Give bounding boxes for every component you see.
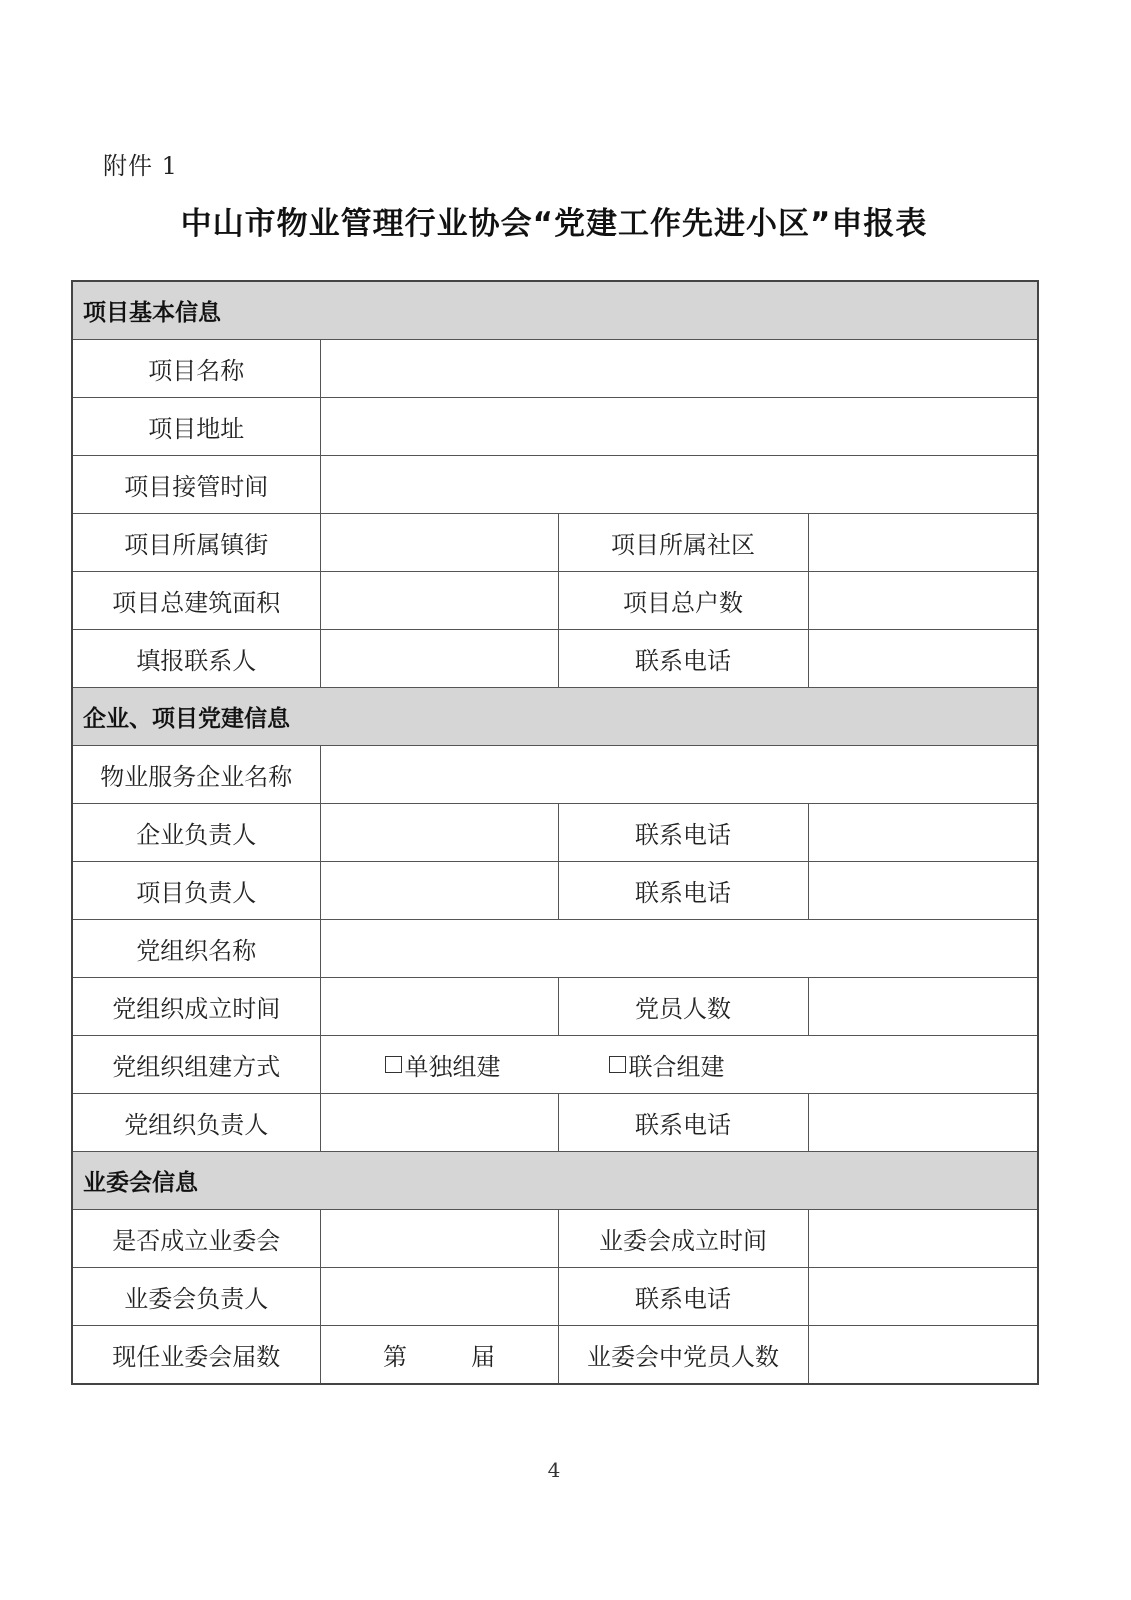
label-project-address: 项目地址 bbox=[72, 398, 320, 456]
field-committee-leader-phone[interactable] bbox=[808, 1268, 1038, 1326]
field-town-street[interactable] bbox=[320, 514, 558, 572]
table-row: 项目地址 bbox=[72, 398, 1038, 456]
form-title: 中山市物业管理行业协会“党建工作先进小区”申报表 bbox=[0, 198, 1108, 243]
label-town-street: 项目所属镇街 bbox=[72, 514, 320, 572]
checkbox-joint-build[interactable]: 联合组建 bbox=[609, 1047, 725, 1082]
term-suffix: 届 bbox=[471, 1337, 495, 1372]
label-project-leader: 项目负责人 bbox=[72, 862, 320, 920]
table-row: 现任业委会届数 第届 业委会中党员人数 bbox=[72, 1326, 1038, 1385]
section-basic-header: 项目基本信息 bbox=[72, 281, 1038, 340]
checkbox-single-build[interactable]: 单独组建 bbox=[385, 1047, 501, 1082]
table-row: 业委会负责人 联系电话 bbox=[72, 1268, 1038, 1326]
label-org-leader: 党组织负责人 bbox=[72, 1094, 320, 1152]
section-header-row: 业委会信息 bbox=[72, 1152, 1038, 1210]
field-project-leader-phone[interactable] bbox=[808, 862, 1038, 920]
field-committee-established[interactable] bbox=[320, 1210, 558, 1268]
section-header-row: 企业、项目党建信息 bbox=[72, 688, 1038, 746]
option-label: 联合组建 bbox=[629, 1047, 725, 1082]
field-committee-leader[interactable] bbox=[320, 1268, 558, 1326]
field-org-leader[interactable] bbox=[320, 1094, 558, 1152]
table-row: 党组织组建方式 单独组建 联合组建 bbox=[72, 1036, 1038, 1094]
field-org-leader-phone[interactable] bbox=[808, 1094, 1038, 1152]
field-org-name[interactable] bbox=[320, 920, 1038, 978]
field-committee-term[interactable]: 第届 bbox=[320, 1326, 558, 1385]
checkbox-icon[interactable] bbox=[385, 1056, 402, 1073]
term-prefix: 第 bbox=[383, 1337, 407, 1372]
section-committee-header: 业委会信息 bbox=[72, 1152, 1038, 1210]
field-company-leader[interactable] bbox=[320, 804, 558, 862]
label-org-founded: 党组织成立时间 bbox=[72, 978, 320, 1036]
label-community: 项目所属社区 bbox=[558, 514, 808, 572]
field-company-name[interactable] bbox=[320, 746, 1038, 804]
label-company-name: 物业服务企业名称 bbox=[72, 746, 320, 804]
field-company-leader-phone[interactable] bbox=[808, 804, 1038, 862]
label-total-households: 项目总户数 bbox=[558, 572, 808, 630]
table-row: 是否成立业委会 业委会成立时间 bbox=[72, 1210, 1038, 1268]
label-contact-phone: 联系电话 bbox=[558, 630, 808, 688]
label-committee-leader-phone: 联系电话 bbox=[558, 1268, 808, 1326]
label-company-leader-phone: 联系电话 bbox=[558, 804, 808, 862]
application-form-table: 项目基本信息 项目名称 项目地址 项目接管时间 项目所属镇街 项目所属社区 项目… bbox=[71, 280, 1039, 1385]
table-row: 物业服务企业名称 bbox=[72, 746, 1038, 804]
page-number: 4 bbox=[0, 1458, 1108, 1482]
label-project-name: 项目名称 bbox=[72, 340, 320, 398]
label-committee-established: 是否成立业委会 bbox=[72, 1210, 320, 1268]
label-project-leader-phone: 联系电话 bbox=[558, 862, 808, 920]
label-takeover-time: 项目接管时间 bbox=[72, 456, 320, 514]
table-row: 企业负责人 联系电话 bbox=[72, 804, 1038, 862]
label-committee-leader: 业委会负责人 bbox=[72, 1268, 320, 1326]
field-total-households[interactable] bbox=[808, 572, 1038, 630]
label-committee-term: 现任业委会届数 bbox=[72, 1326, 320, 1385]
label-contact-person: 填报联系人 bbox=[72, 630, 320, 688]
field-org-method: 单独组建 联合组建 bbox=[320, 1036, 1038, 1094]
label-company-leader: 企业负责人 bbox=[72, 804, 320, 862]
table-row: 党组织负责人 联系电话 bbox=[72, 1094, 1038, 1152]
label-committee-established-time: 业委会成立时间 bbox=[558, 1210, 808, 1268]
field-contact-person[interactable] bbox=[320, 630, 558, 688]
field-org-founded[interactable] bbox=[320, 978, 558, 1036]
label-org-method: 党组织组建方式 bbox=[72, 1036, 320, 1094]
field-committee-established-time[interactable] bbox=[808, 1210, 1038, 1268]
table-row: 党组织成立时间 党员人数 bbox=[72, 978, 1038, 1036]
field-project-address[interactable] bbox=[320, 398, 1038, 456]
label-committee-party-members: 业委会中党员人数 bbox=[558, 1326, 808, 1385]
table-row: 项目名称 bbox=[72, 340, 1038, 398]
field-committee-party-members[interactable] bbox=[808, 1326, 1038, 1385]
field-community[interactable] bbox=[808, 514, 1038, 572]
table-row: 项目总建筑面积 项目总户数 bbox=[72, 572, 1038, 630]
field-total-floor-area[interactable] bbox=[320, 572, 558, 630]
field-takeover-time[interactable] bbox=[320, 456, 1038, 514]
label-org-name: 党组织名称 bbox=[72, 920, 320, 978]
table-row: 项目接管时间 bbox=[72, 456, 1038, 514]
field-project-leader[interactable] bbox=[320, 862, 558, 920]
table-row: 填报联系人 联系电话 bbox=[72, 630, 1038, 688]
label-org-leader-phone: 联系电话 bbox=[558, 1094, 808, 1152]
section-party-header: 企业、项目党建信息 bbox=[72, 688, 1038, 746]
option-label: 单独组建 bbox=[405, 1047, 501, 1082]
table-row: 党组织名称 bbox=[72, 920, 1038, 978]
field-member-count[interactable] bbox=[808, 978, 1038, 1036]
org-method-options: 单独组建 联合组建 bbox=[321, 1047, 1038, 1082]
label-member-count: 党员人数 bbox=[558, 978, 808, 1036]
attachment-label: 附件 1 bbox=[103, 146, 178, 181]
field-project-name[interactable] bbox=[320, 340, 1038, 398]
section-header-row: 项目基本信息 bbox=[72, 281, 1038, 340]
field-contact-phone[interactable] bbox=[808, 630, 1038, 688]
table-row: 项目所属镇街 项目所属社区 bbox=[72, 514, 1038, 572]
table-row: 项目负责人 联系电话 bbox=[72, 862, 1038, 920]
checkbox-icon[interactable] bbox=[609, 1056, 626, 1073]
label-total-floor-area: 项目总建筑面积 bbox=[72, 572, 320, 630]
